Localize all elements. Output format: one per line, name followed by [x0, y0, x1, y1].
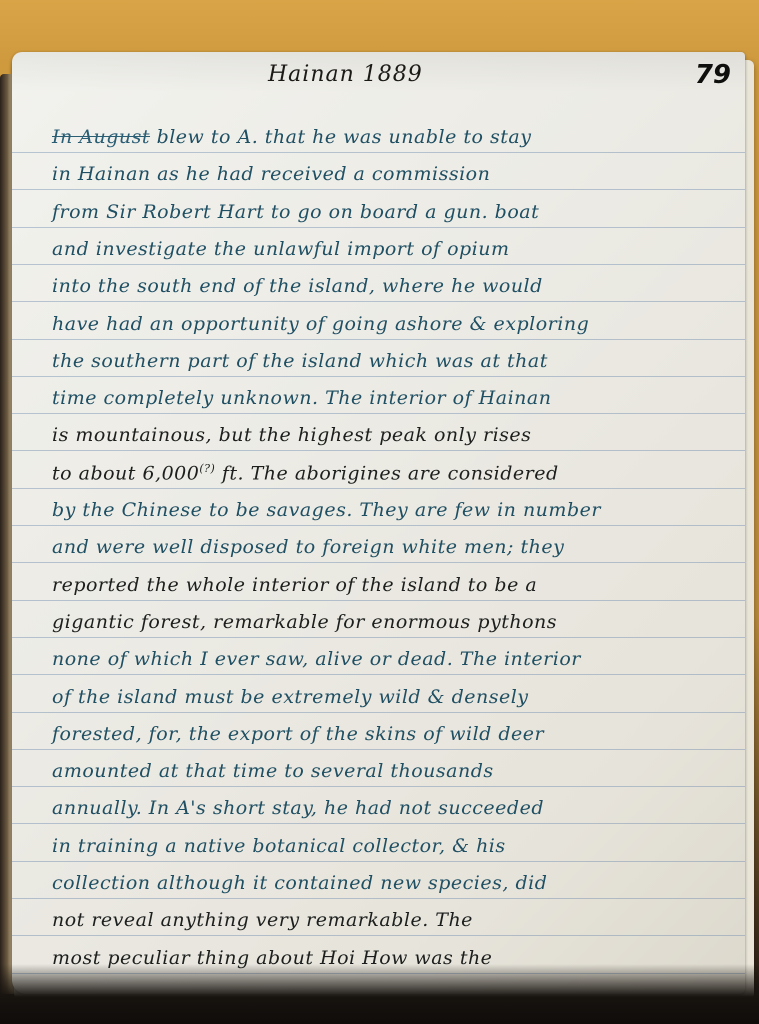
- ruled-line: [12, 935, 745, 936]
- text-line: into the south end of the island, where …: [52, 275, 727, 297]
- line-text: have had an opportunity of going ashore …: [52, 313, 589, 335]
- line-text: in training a native botanical collector…: [52, 835, 506, 857]
- ruled-line: [12, 823, 745, 824]
- text-line: annually. In A's short stay, he had not …: [52, 797, 727, 819]
- ruled-line: [12, 450, 745, 451]
- ruled-line: [12, 786, 745, 787]
- page-title: Hainan 1889: [268, 62, 423, 87]
- text-line: none of which I ever saw, alive or dead.…: [52, 648, 727, 670]
- struck-text: In August: [52, 126, 150, 148]
- ruled-line: [12, 861, 745, 862]
- uncertainty-mark: (?): [199, 462, 215, 475]
- text-line: collection although it contained new spe…: [52, 872, 727, 894]
- notebook-page: Hainan 1889 79 In August blew to A. that…: [12, 52, 745, 994]
- text-line: time completely unknown. The interior of…: [52, 387, 727, 409]
- page-header: Hainan 1889 79: [12, 60, 745, 94]
- line-text: and investigate the unlawful import of o…: [52, 238, 510, 260]
- line-text: not reveal anything very remarkable. The: [52, 909, 473, 931]
- text-line: In August blew to A. that he was unable …: [52, 126, 727, 148]
- text-line: of the island must be extremely wild & d…: [52, 686, 727, 708]
- ruled-line: [12, 301, 745, 302]
- text-line: reported the whole interior of the islan…: [52, 574, 727, 596]
- line-text: annually. In A's short stay, he had not …: [52, 797, 544, 819]
- line-text-continued: ft. The aborigines are considered: [215, 462, 558, 484]
- text-line: from Sir Robert Hart to go on board a gu…: [52, 201, 727, 223]
- ruled-line: [12, 637, 745, 638]
- line-text: collection although it contained new spe…: [52, 872, 547, 894]
- line-text: the southern part of the island which wa…: [52, 350, 548, 372]
- text-line: and were well disposed to foreign white …: [52, 536, 727, 558]
- text-line: amounted at that time to several thousan…: [52, 760, 727, 782]
- text-line: have had an opportunity of going ashore …: [52, 313, 727, 335]
- ruled-line: [12, 376, 745, 377]
- ruled-line: [12, 413, 745, 414]
- line-text: forested, for, the export of the skins o…: [52, 723, 544, 745]
- line-text: blew to A. that he was unable to stay: [150, 126, 531, 148]
- text-line: in training a native botanical collector…: [52, 835, 727, 857]
- ruled-line: [12, 525, 745, 526]
- text-line: and investigate the unlawful import of o…: [52, 238, 727, 260]
- line-text: is mountainous, but the highest peak onl…: [52, 424, 531, 446]
- line-text: to about 6,000: [52, 462, 199, 484]
- ruled-line: [12, 898, 745, 899]
- line-text: from Sir Robert Hart to go on board a gu…: [52, 201, 539, 223]
- text-line: gigantic forest, remarkable for enormous…: [52, 611, 727, 633]
- text-line: to about 6,000(?) ft. The aborigines are…: [52, 462, 727, 484]
- ruled-line: [12, 227, 745, 228]
- text-line: forested, for, the export of the skins o…: [52, 723, 727, 745]
- ruled-line: [12, 712, 745, 713]
- ruled-line: [12, 562, 745, 563]
- ruled-line: [12, 674, 745, 675]
- line-text: of the island must be extremely wild & d…: [52, 686, 529, 708]
- ruled-line: [12, 152, 745, 153]
- line-text: reported the whole interior of the islan…: [52, 574, 537, 596]
- desk-shadow: [0, 964, 759, 1024]
- text-line: is mountainous, but the highest peak onl…: [52, 424, 727, 446]
- line-text: and were well disposed to foreign white …: [52, 536, 564, 558]
- line-text: by the Chinese to be savages. They are f…: [52, 499, 601, 521]
- text-line: by the Chinese to be savages. They are f…: [52, 499, 727, 521]
- line-text: amounted at that time to several thousan…: [52, 760, 494, 782]
- text-line: in Hainan as he had received a commissio…: [52, 163, 727, 185]
- ruled-line: [12, 189, 745, 190]
- line-text: none of which I ever saw, alive or dead.…: [52, 648, 581, 670]
- text-line: the southern part of the island which wa…: [52, 350, 727, 372]
- ruled-line: [12, 339, 745, 340]
- ruled-line: [12, 488, 745, 489]
- line-text: in Hainan as he had received a commissio…: [52, 163, 490, 185]
- ruled-line: [12, 749, 745, 750]
- ruled-line: [12, 264, 745, 265]
- line-text: time completely unknown. The interior of…: [52, 387, 551, 409]
- ruled-line: [12, 600, 745, 601]
- text-line: not reveal anything very remarkable. The: [52, 909, 727, 931]
- line-text: into the south end of the island, where …: [52, 275, 543, 297]
- page-number: 79: [695, 60, 731, 90]
- line-text: gigantic forest, remarkable for enormous…: [52, 611, 557, 633]
